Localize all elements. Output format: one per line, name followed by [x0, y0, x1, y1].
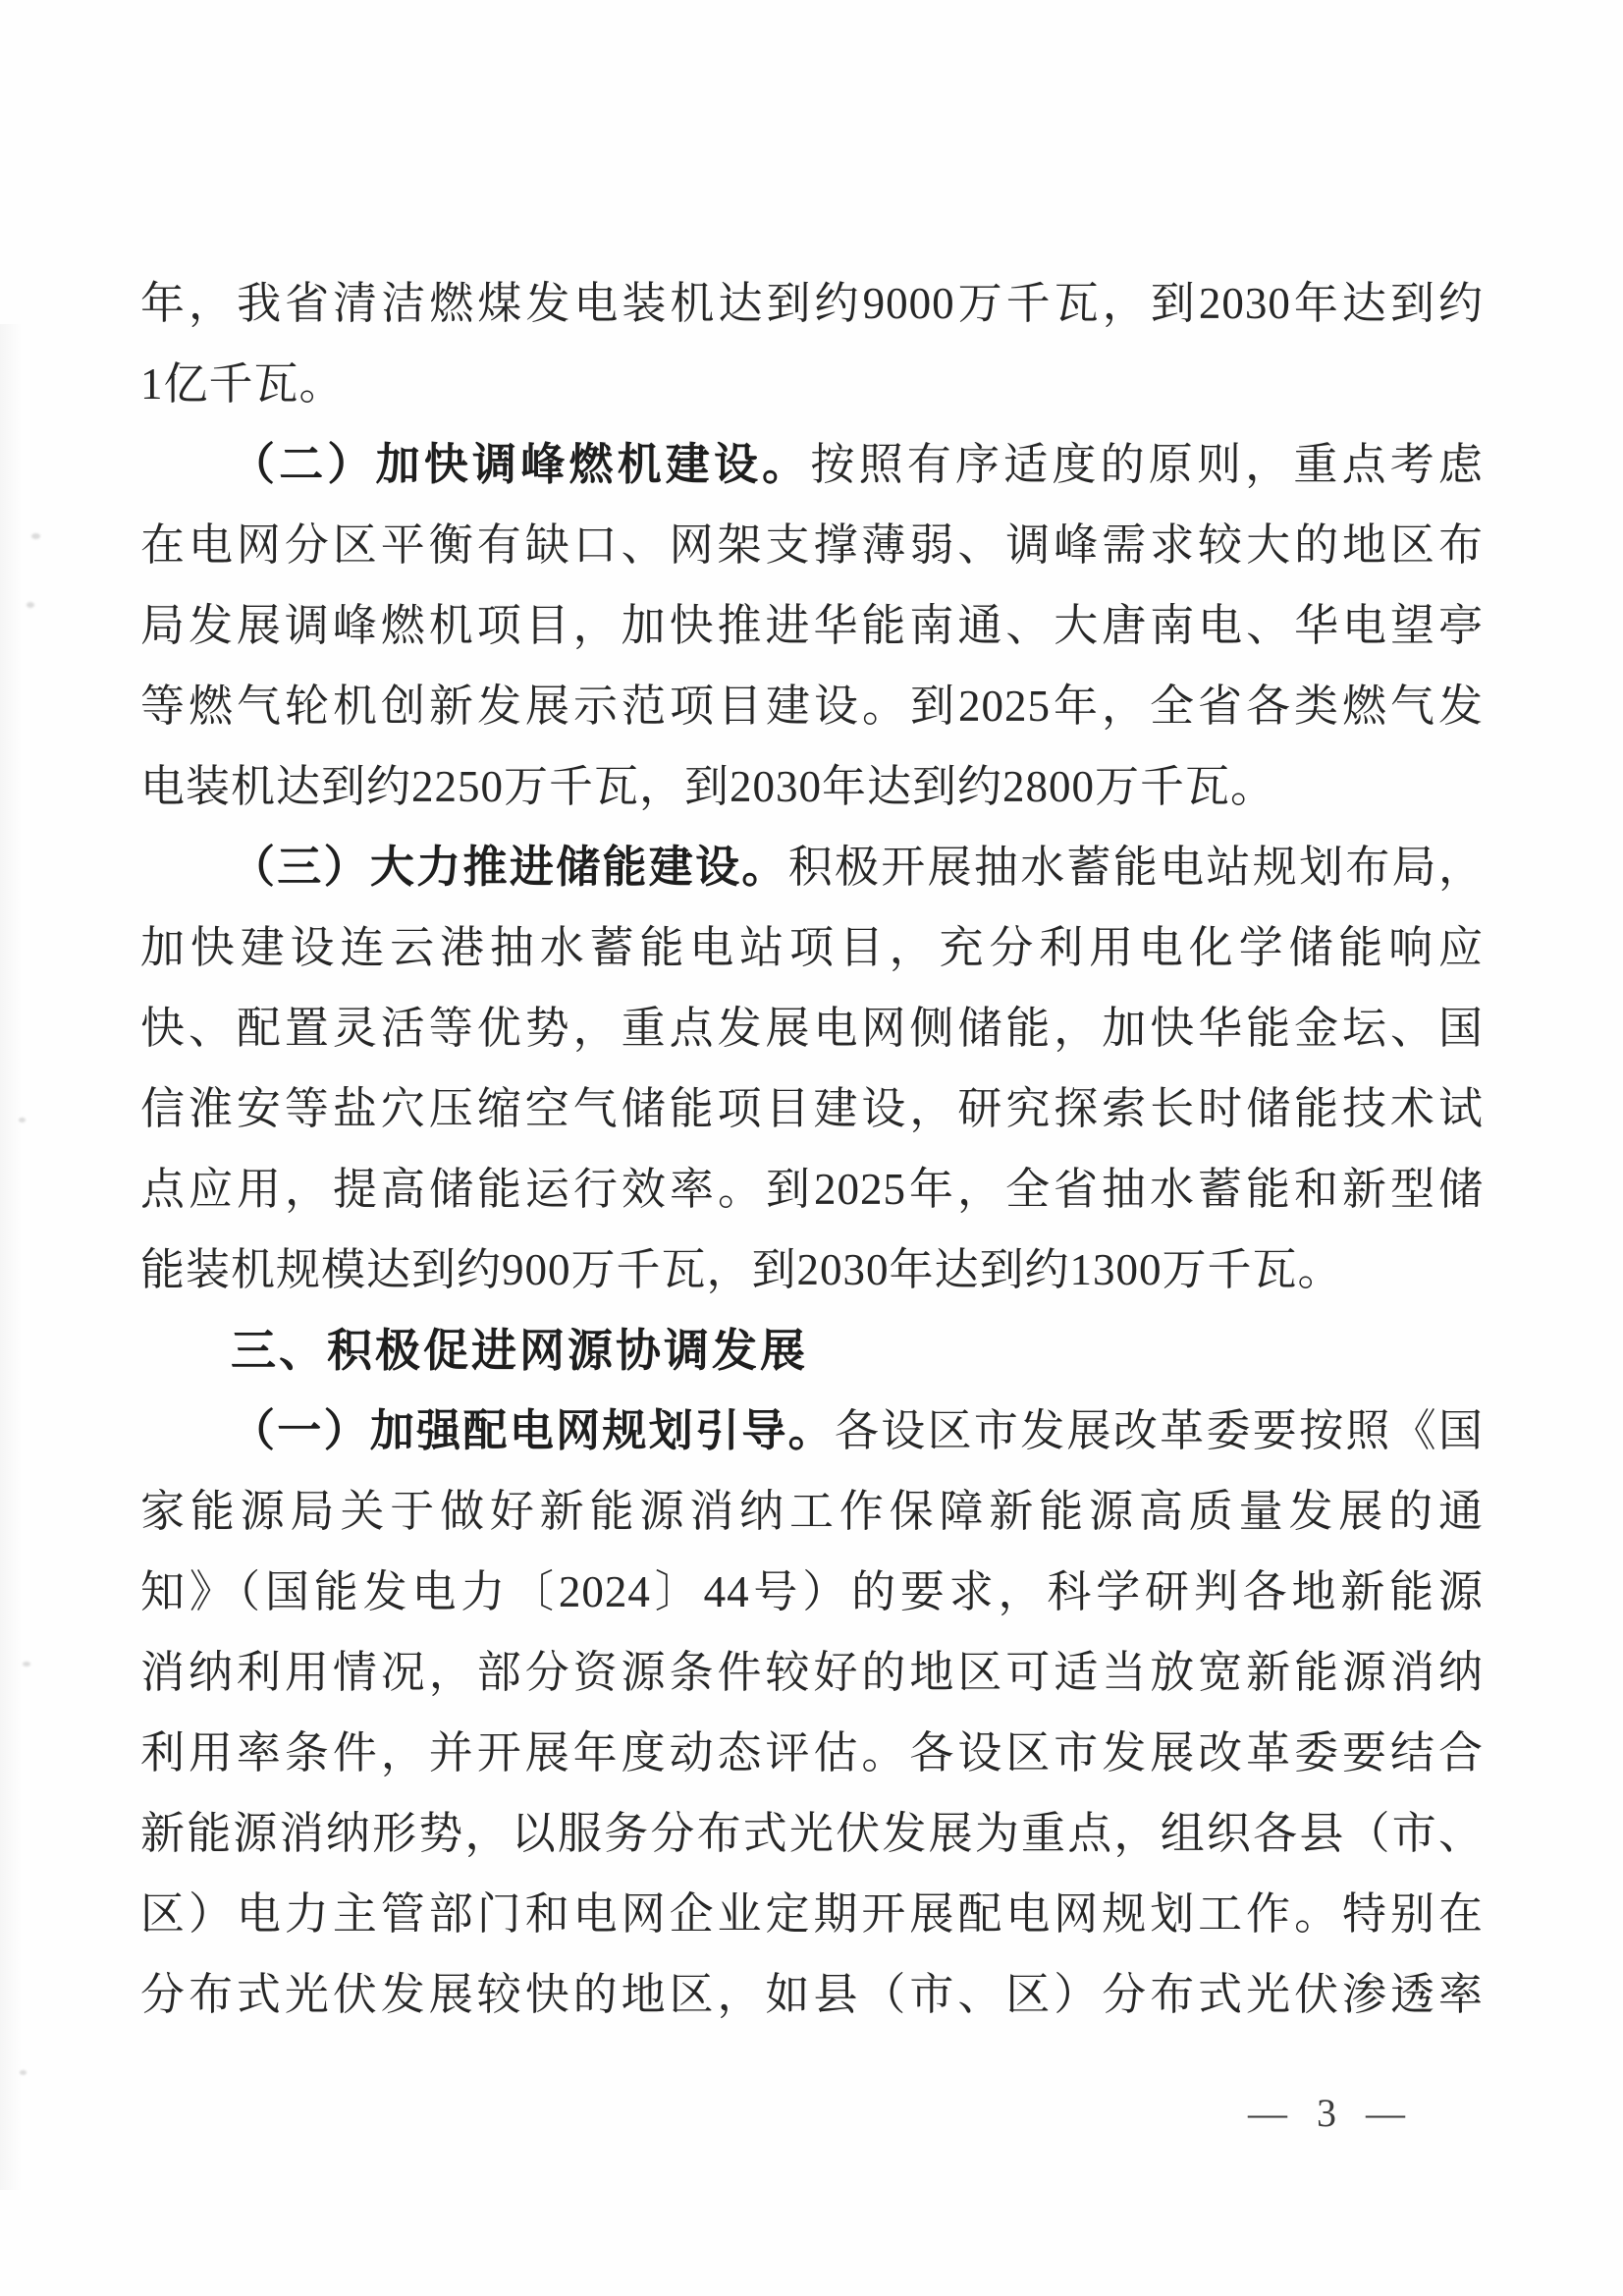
paragraph-lead: （一）加强配电网规划引导。 — [231, 1406, 835, 1455]
line-text: 1亿千瓦。 — [140, 359, 345, 409]
line-text: 利用率条件，并开展年度动态评估。各设区市发展改革委要结合 — [140, 1728, 1484, 1777]
text-line: 加快建设连云港抽水蓄能电站项目，充分利用电化学储能响应 — [140, 907, 1484, 988]
line-text: 家能源局关于做好新能源消纳工作保障新能源高质量发展的通 — [140, 1487, 1484, 1536]
scan-artifact — [19, 1118, 26, 1122]
line-text: 快、配置灵活等优势，重点发展电网侧储能，加快华能金坛、国 — [140, 1004, 1484, 1053]
scan-artifact — [23, 1662, 30, 1667]
line-text: 按照有序适度的原则，重点考虑 — [810, 440, 1484, 489]
line-text: 信淮安等盐穴压缩空气储能项目建设，研究探索长时储能技术试 — [140, 1084, 1484, 1133]
line-text: 等燃气轮机创新发展示范项目建设。到2025年，全省各类燃气发 — [140, 682, 1484, 731]
text-line: （三）大力推进储能建设。积极开展抽水蓄能电站规划布局， — [140, 827, 1484, 907]
line-text: 消纳利用情况，部分资源条件较好的地区可适当放宽新能源消纳 — [140, 1648, 1484, 1697]
line-text: 新能源消纳形势，以服务分布式光伏发展为重点，组织各县（市、 — [140, 1809, 1484, 1858]
document-text: 年，我省清洁燃煤发电装机达到约9000万千瓦，到2030年达到约1亿千瓦。（二）… — [140, 263, 1484, 2035]
scan-artifact — [31, 533, 40, 539]
text-line: 新能源消纳形势，以服务分布式光伏发展为重点，组织各县（市、 — [140, 1793, 1484, 1874]
line-text: 局发展调峰燃机项目，加快推进华能南通、大唐南电、华电望亭 — [140, 601, 1484, 650]
scan-artifact — [20, 2070, 27, 2075]
text-line: 家能源局关于做好新能源消纳工作保障新能源高质量发展的通 — [140, 1471, 1484, 1552]
line-text: 积极开展抽水蓄能电站规划布局， — [788, 843, 1484, 892]
document-page: 年，我省清洁燃煤发电装机达到约9000万千瓦，到2030年达到约1亿千瓦。（二）… — [0, 0, 1623, 2296]
text-line: 区）电力主管部门和电网企业定期开展配电网规划工作。特别在 — [140, 1874, 1484, 1954]
line-text: 点应用，提高储能运行效率。到2025年，全省抽水蓄能和新型储 — [140, 1165, 1484, 1214]
text-line: 信淮安等盐穴压缩空气储能项目建设，研究探索长时储能技术试 — [140, 1068, 1484, 1149]
text-line: 能装机规模达到约900万千瓦，到2030年达到约1300万千瓦。 — [140, 1230, 1484, 1310]
text-line: 局发展调峰燃机项目，加快推进华能南通、大唐南电、华电望亭 — [140, 585, 1484, 666]
text-line: 利用率条件，并开展年度动态评估。各设区市发展改革委要结合 — [140, 1713, 1484, 1793]
text-line: 电装机达到约2250万千瓦，到2030年达到约2800万千瓦。 — [140, 746, 1484, 827]
text-line: 点应用，提高储能运行效率。到2025年，全省抽水蓄能和新型储 — [140, 1149, 1484, 1230]
text-line: 分布式光伏发展较快的地区，如县（市、区）分布式光伏渗透率 — [140, 1954, 1484, 2035]
section-heading-text: 三、积极促进网源协调发展 — [231, 1325, 808, 1376]
line-text: 加快建设连云港抽水蓄能电站项目，充分利用电化学储能响应 — [140, 923, 1484, 972]
line-text: 分布式光伏发展较快的地区，如县（市、区）分布式光伏渗透率 — [140, 1970, 1484, 2019]
line-text: 区）电力主管部门和电网企业定期开展配电网规划工作。特别在 — [140, 1889, 1484, 1939]
line-text: 能装机规模达到约900万千瓦，到2030年达到约1300万千瓦。 — [140, 1245, 1343, 1294]
text-line: （一）加强配电网规划引导。各设区市发展改革委要按照《国 — [140, 1391, 1484, 1471]
scan-artifact — [27, 602, 34, 608]
line-text: 知》（国能发电力〔2024〕44号）的要求，科学研判各地新能源 — [140, 1567, 1484, 1616]
text-line: 在电网分区平衡有缺口、网架支撑薄弱、调峰需求较大的地区布 — [140, 505, 1484, 585]
section-heading: 三、积极促进网源协调发展 — [140, 1310, 1484, 1391]
line-text: 各设区市发展改革委要按照《国 — [835, 1406, 1484, 1455]
text-line: （二）加快调峰燃机建设。按照有序适度的原则，重点考虑 — [140, 424, 1484, 505]
text-line: 快、配置灵活等优势，重点发展电网侧储能，加快华能金坛、国 — [140, 988, 1484, 1068]
text-line: 消纳利用情况，部分资源条件较好的地区可适当放宽新能源消纳 — [140, 1632, 1484, 1713]
text-line: 1亿千瓦。 — [140, 344, 1484, 424]
paragraph-lead: （三）大力推进储能建设。 — [231, 843, 788, 892]
line-text: 电装机达到约2250万千瓦，到2030年达到约2800万千瓦。 — [140, 762, 1275, 811]
paragraph-lead: （二）加快调峰燃机建设。 — [231, 440, 810, 489]
page-number: — 3 — — [1248, 2090, 1415, 2136]
text-line: 等燃气轮机创新发展示范项目建设。到2025年，全省各类燃气发 — [140, 666, 1484, 746]
line-text: 在电网分区平衡有缺口、网架支撑薄弱、调峰需求较大的地区布 — [140, 520, 1484, 570]
text-line: 知》（国能发电力〔2024〕44号）的要求，科学研判各地新能源 — [140, 1552, 1484, 1632]
line-text: 年，我省清洁燃煤发电装机达到约9000万千瓦，到2030年达到约 — [140, 279, 1484, 328]
text-line: 年，我省清洁燃煤发电装机达到约9000万千瓦，到2030年达到约 — [140, 263, 1484, 344]
